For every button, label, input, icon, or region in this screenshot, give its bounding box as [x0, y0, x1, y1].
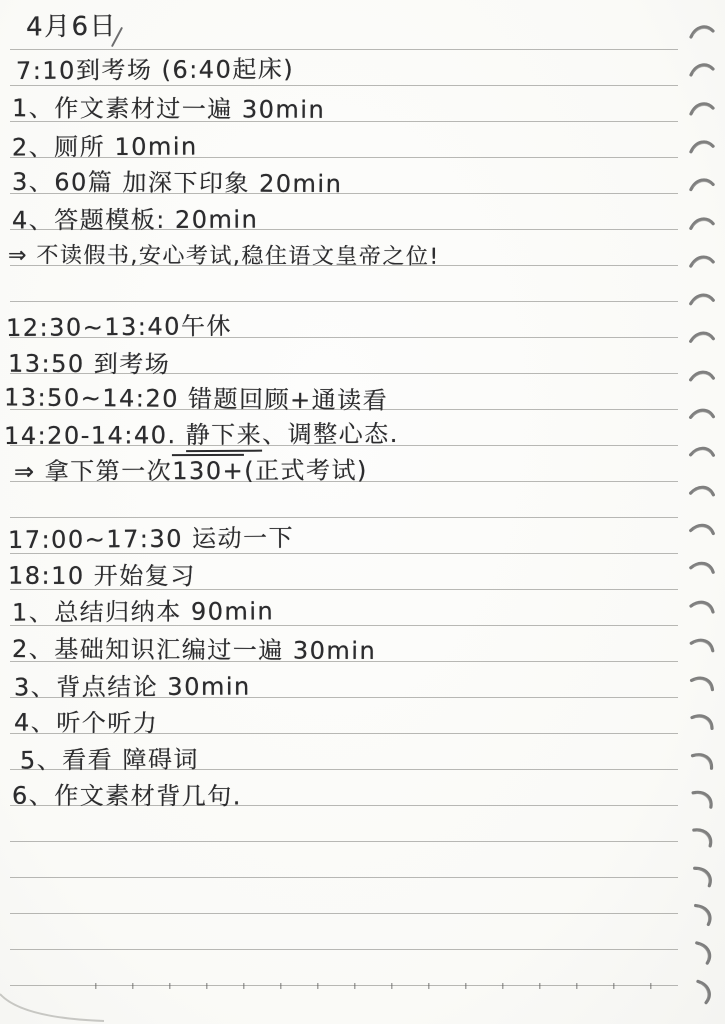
- task-essay-sentences: 6、作文素材背几句.: [12, 781, 242, 812]
- spiral-binding-mark: [688, 213, 715, 238]
- morning-motto-line: ⇒ 不读假书,安心考试,稳住语文皇帝之位!: [8, 241, 440, 273]
- goal-rest: (正式考试): [244, 456, 368, 484]
- spiral-binding-mark: [689, 977, 715, 1005]
- task-60-passages: 3、60篇 加深下印象 20min: [12, 167, 343, 199]
- spiral-binding-mark: [686, 860, 719, 894]
- spiral-binding-mark: [687, 402, 718, 431]
- spiral-binding-mark: [685, 516, 718, 548]
- calm-down-underlined: 静下来: [186, 421, 263, 452]
- spiral-binding-mark: [688, 251, 716, 277]
- spiral-binding-mark: [684, 744, 719, 779]
- evening-start-line: 18:10 开始复习: [8, 561, 196, 592]
- calm-down-rest: 、调整心态.: [262, 420, 399, 449]
- calm-down-time: 14:20-14:40.: [4, 421, 186, 450]
- spiral-binding-mark: [688, 289, 717, 316]
- spiral-binding-mark: [687, 364, 717, 392]
- task-listening: 4、听个听力: [14, 707, 158, 738]
- task-difficult-words: 5、看看 障碍词: [20, 745, 199, 776]
- spiral-binding-mark: [689, 98, 715, 122]
- spiral-binding-mark: [688, 938, 717, 968]
- spiral-binding-mark: [686, 440, 718, 470]
- date-line: 4月6日: [26, 12, 117, 43]
- spiral-binding-mark: [689, 137, 716, 162]
- page-curl-line: [0, 988, 110, 1024]
- task-knowledge-compilation: 2、基础知识汇编过一遍 30min: [12, 634, 376, 666]
- spiral-binding-mark: [684, 668, 719, 703]
- task-summary-notebook: 1、总结归纳本 90min: [12, 596, 274, 627]
- afternoon-review-line: 13:50~14:20 错题回顾+通读看: [4, 382, 388, 415]
- spiral-binding-mark: [687, 327, 716, 355]
- spiral-binding-mark: [685, 554, 719, 587]
- task-essay-materials: 1、作文素材过一遍 30min: [12, 93, 325, 125]
- spiral-binding-mark: [689, 175, 716, 200]
- perforation-ticks: [95, 983, 655, 989]
- goal-text: ⇒ 拿下第一次: [14, 457, 172, 486]
- exercise-line: 17:00~17:30 运动一下: [8, 523, 294, 555]
- morning-arrival-line: 7:10到考场 (6:40起床): [16, 54, 294, 86]
- spiral-binding-mark: [684, 706, 719, 741]
- goal-line: ⇒ 拿下第一次130+(正式考试): [14, 455, 368, 486]
- spiral-binding-mark: [685, 821, 719, 856]
- noon-break-line: 12:30~13:40午休: [6, 311, 232, 343]
- spiral-binding-mark: [685, 592, 720, 626]
- spiral-binding-mark: [686, 899, 717, 931]
- spiral-binding-mark: [689, 22, 715, 46]
- goal-score-overlined: 130+: [172, 454, 244, 485]
- afternoon-arrival-line: 13:50 到考场: [8, 349, 170, 380]
- notebook-page: 4月6日 7:10到考场 (6:40起床) 1、作文素材过一遍 30min 2、…: [0, 0, 725, 1024]
- task-memorize-conclusions: 3、背点结论 30min: [14, 672, 251, 703]
- spiral-binding-mark: [685, 782, 720, 817]
- task-answer-template: 4、答题模板: 20min: [12, 205, 258, 236]
- spiral-binding-mark: [684, 630, 719, 665]
- task-toilet: 2、厕所 10min: [12, 132, 198, 163]
- spiral-binding-mark: [686, 478, 719, 509]
- spiral-binding-mark: [689, 60, 715, 84]
- calm-down-line: 14:20-14:40. 静下来、调整心态.: [4, 419, 399, 451]
